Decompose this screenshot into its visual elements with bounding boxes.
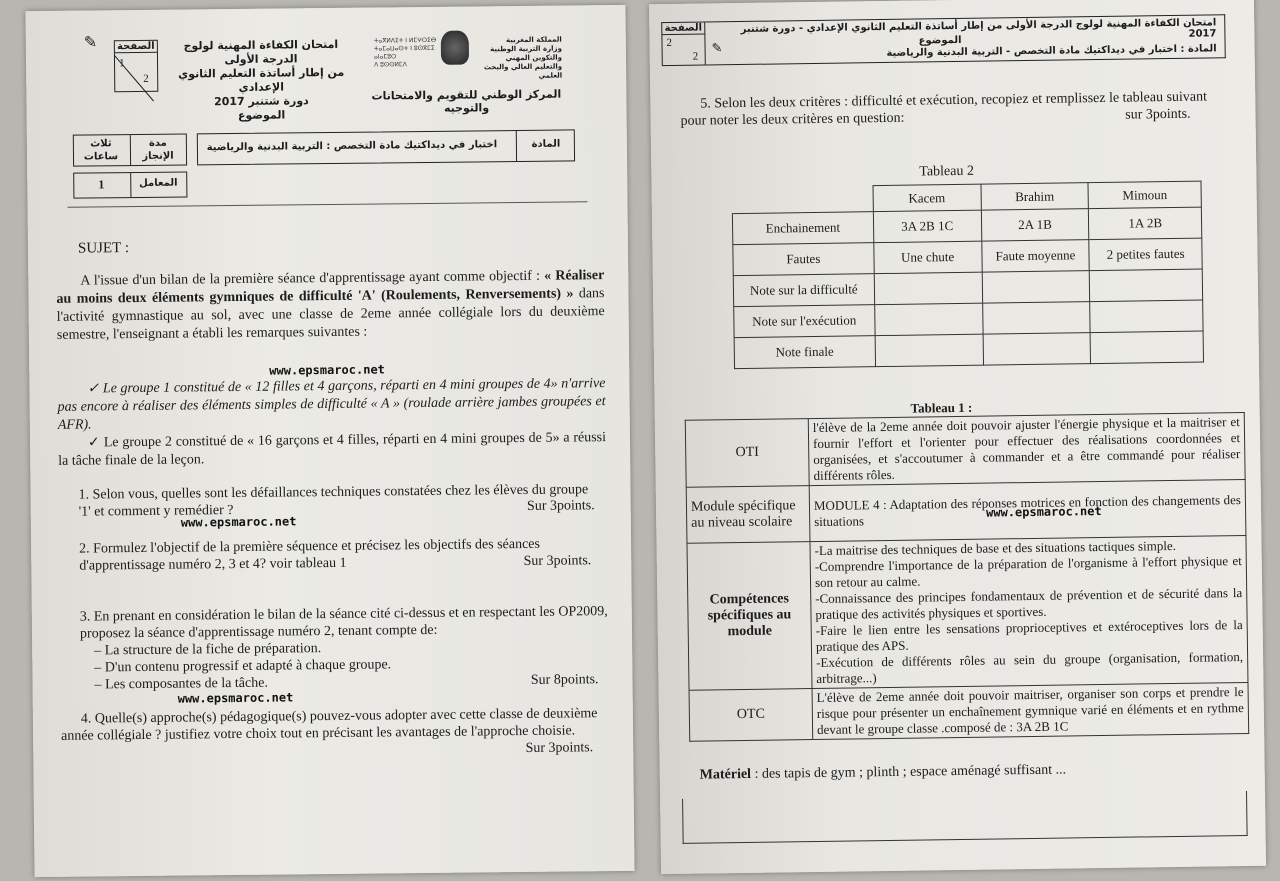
watermark: www.epsmaroc.net [178, 690, 294, 705]
tableau-2: KacemBrahimMimounEnchainement3A 2B 1C2A … [732, 181, 1204, 370]
pen-mark-icon: ✎ [84, 32, 98, 52]
table-cell: 1A 2B [1089, 207, 1202, 240]
row-content: L'élève de 2eme année doit pouvoir maitr… [812, 682, 1249, 739]
row-label: Note finale [734, 336, 875, 369]
pen-mark-icon: ✎ [711, 40, 722, 56]
page-number-box: الصفحة 2 2 [661, 21, 706, 66]
tifinagh-text: ⵜⴰⴳⵍⴷⵉⵜ ⵏ ⵍⵎⵖⵔⵉⴱⵜⴰⵎⴰⵡⴰⵙⵜ ⵏ ⵓⵙⴳⵎⵉⴰⵏⴰⵎⵓⵔⴷ … [374, 37, 438, 70]
duration-box: ثلاث ساعات مدة الإنجاز [73, 133, 187, 166]
table-cell [983, 333, 1091, 366]
question-1: 1. Selon vous, quelles sont les défailla… [78, 481, 598, 520]
right-exam-page: الصفحة 2 2 امتحان الكفاءة المهنية لولوج … [649, 0, 1266, 874]
column-header: Mimoun [1088, 181, 1201, 209]
table-cell [982, 271, 1090, 304]
page-number-box: الصفحة 1 2 [114, 40, 159, 92]
question-2: 2. Formulez l'objectif de la première sé… [79, 535, 599, 574]
header-box: امتحان الكفاءة المهنية لولوج الدرجة الأو… [705, 14, 1226, 65]
table-cell: 3A 2B 1C [873, 210, 981, 243]
row-label: Note sur la difficulté [733, 274, 874, 307]
row-content: l'élève de la 2eme année doit pouvoir aj… [808, 412, 1245, 485]
center-name: المركز الوطني للتقويم والامتحانات والتوج… [366, 88, 566, 116]
table-cell: 2 petites fautes [1089, 238, 1202, 271]
remark-group-1: ✓ Le groupe 1 constitué de « 12 filles e… [57, 375, 606, 435]
row-label: Module spécifique au niveau scolaire [686, 486, 810, 544]
intro-paragraph: A l'issue d'un bilan de la première séan… [56, 267, 605, 345]
question-3: 3. En prenant en considération le bilan … [80, 603, 611, 694]
watermark: www.epsmaroc.net [181, 514, 297, 529]
tableau-1-title: Tableau 1 : [911, 400, 973, 417]
header-divider [68, 201, 588, 207]
left-exam-page: ✎ الصفحة 1 2 امتحان الكفاءة المهنية لولو… [25, 5, 634, 877]
row-label: Enchainement [732, 212, 873, 245]
materiel-line: Matériel : des tapis de gym ; plinth ; e… [700, 763, 1067, 784]
ministry-block: المملكة المغربية وزارة التربية الوطنية و… [472, 36, 562, 82]
table-cell [1090, 331, 1203, 364]
row-label: Compétences spécifiques au module [687, 542, 812, 691]
row-label: OTI [685, 419, 809, 488]
page-border-bottom [682, 791, 1248, 844]
exam-title-block: امتحان الكفاءة المهنية لولوج الدرجة الأو… [166, 38, 357, 124]
table-cell [1090, 300, 1203, 333]
remark-group-2: ✓ Le groupe 2 constitué de « 16 garçons … [58, 429, 606, 471]
row-label: Note sur l'exécution [734, 305, 875, 338]
table-cell: Faute moyenne [981, 240, 1089, 273]
table-row: Module spécifique au niveau scolaireMODU… [686, 479, 1246, 543]
coefficient-box: 1 المعامل [73, 171, 187, 198]
tableau-2-title: Tableau 2 [919, 164, 974, 181]
question-4: 4. Quelle(s) approche(s) pédagogique(s) … [61, 705, 611, 745]
moroccan-coat-of-arms-icon [441, 31, 469, 65]
row-label: OTC [689, 689, 813, 742]
table-row: OTIl'élève de la 2eme année doit pouvoir… [685, 412, 1245, 487]
table-cell [1090, 269, 1203, 302]
question-5: 5. Selon les deux critères : difficulté … [680, 88, 1210, 129]
table-cell [875, 334, 983, 367]
table-cell: Une chute [873, 241, 981, 274]
table-row: Compétences spécifiques au module-La mai… [687, 535, 1248, 690]
watermark: www.epsmaroc.net [986, 504, 1102, 520]
column-header: Kacem [873, 184, 981, 212]
sujet-title: SUJET : [78, 240, 129, 258]
table-cell [982, 302, 1090, 335]
column-header: Brahim [981, 183, 1089, 211]
row-content: -La maitrise des techniques de base et d… [810, 535, 1248, 688]
empty-header-cell [732, 186, 873, 214]
watermark: www.epsmaroc.net [269, 362, 385, 377]
table-row: OTCL'élève de 2eme année doit pouvoir ma… [689, 682, 1249, 741]
table-row: Note finale [734, 331, 1203, 369]
subject-box: اختبار في ديداكتيك مادة التخصص : التربية… [197, 129, 575, 165]
check-icon: ✓ [87, 381, 103, 396]
row-label: Fautes [733, 243, 874, 276]
tableau-1: OTIl'élève de la 2eme année doit pouvoir… [685, 412, 1249, 742]
check-icon: ✓ [88, 435, 104, 450]
table-cell: 2A 1B [981, 209, 1089, 242]
table-cell [874, 303, 982, 336]
table-cell [874, 272, 982, 305]
